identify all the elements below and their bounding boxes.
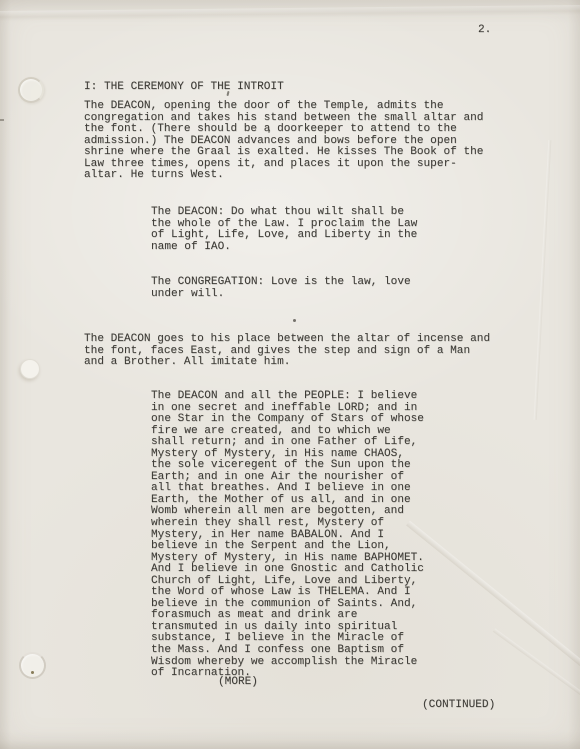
scan-edge-mark bbox=[0, 119, 4, 121]
paper-crease-bottom-right bbox=[406, 521, 580, 689]
paper-crease-corner bbox=[493, 628, 580, 719]
punch-hole-bottom bbox=[19, 652, 46, 679]
punch-hole-middle bbox=[20, 359, 40, 379]
page-number: 2. bbox=[478, 25, 491, 37]
stray-speck bbox=[31, 671, 34, 674]
continued-marker: (CONTINUED) bbox=[422, 700, 495, 712]
congregation-response-speech: The CONGREGATION: Love is the law, love … bbox=[151, 277, 411, 300]
section-heading: I: THE CEREMONY OF THE INTROIT bbox=[84, 82, 284, 94]
paper-fold-top bbox=[0, 5, 580, 21]
more-marker: (MORE) bbox=[218, 677, 258, 689]
punch-hole-top bbox=[18, 77, 44, 103]
scanned-script-page: 2. I: THE CEREMONY OF THE INTROIT The DE… bbox=[0, 0, 580, 749]
deacon-proclamation-speech: The DEACON: Do what thou wilt shall be t… bbox=[151, 207, 417, 253]
stage-direction-opening: The DEACON, opening the door of the Temp… bbox=[84, 101, 483, 182]
creed-speech-deacon-and-people: The DEACON and all the PEOPLE: I believe… bbox=[151, 391, 424, 680]
paper-crease-right bbox=[534, 140, 552, 420]
stage-direction-step-and-sign: The DEACON goes to his place between the… bbox=[84, 334, 490, 369]
stray-ink-dot bbox=[293, 319, 296, 322]
stray-apostrophe-mark bbox=[268, 129, 270, 133]
